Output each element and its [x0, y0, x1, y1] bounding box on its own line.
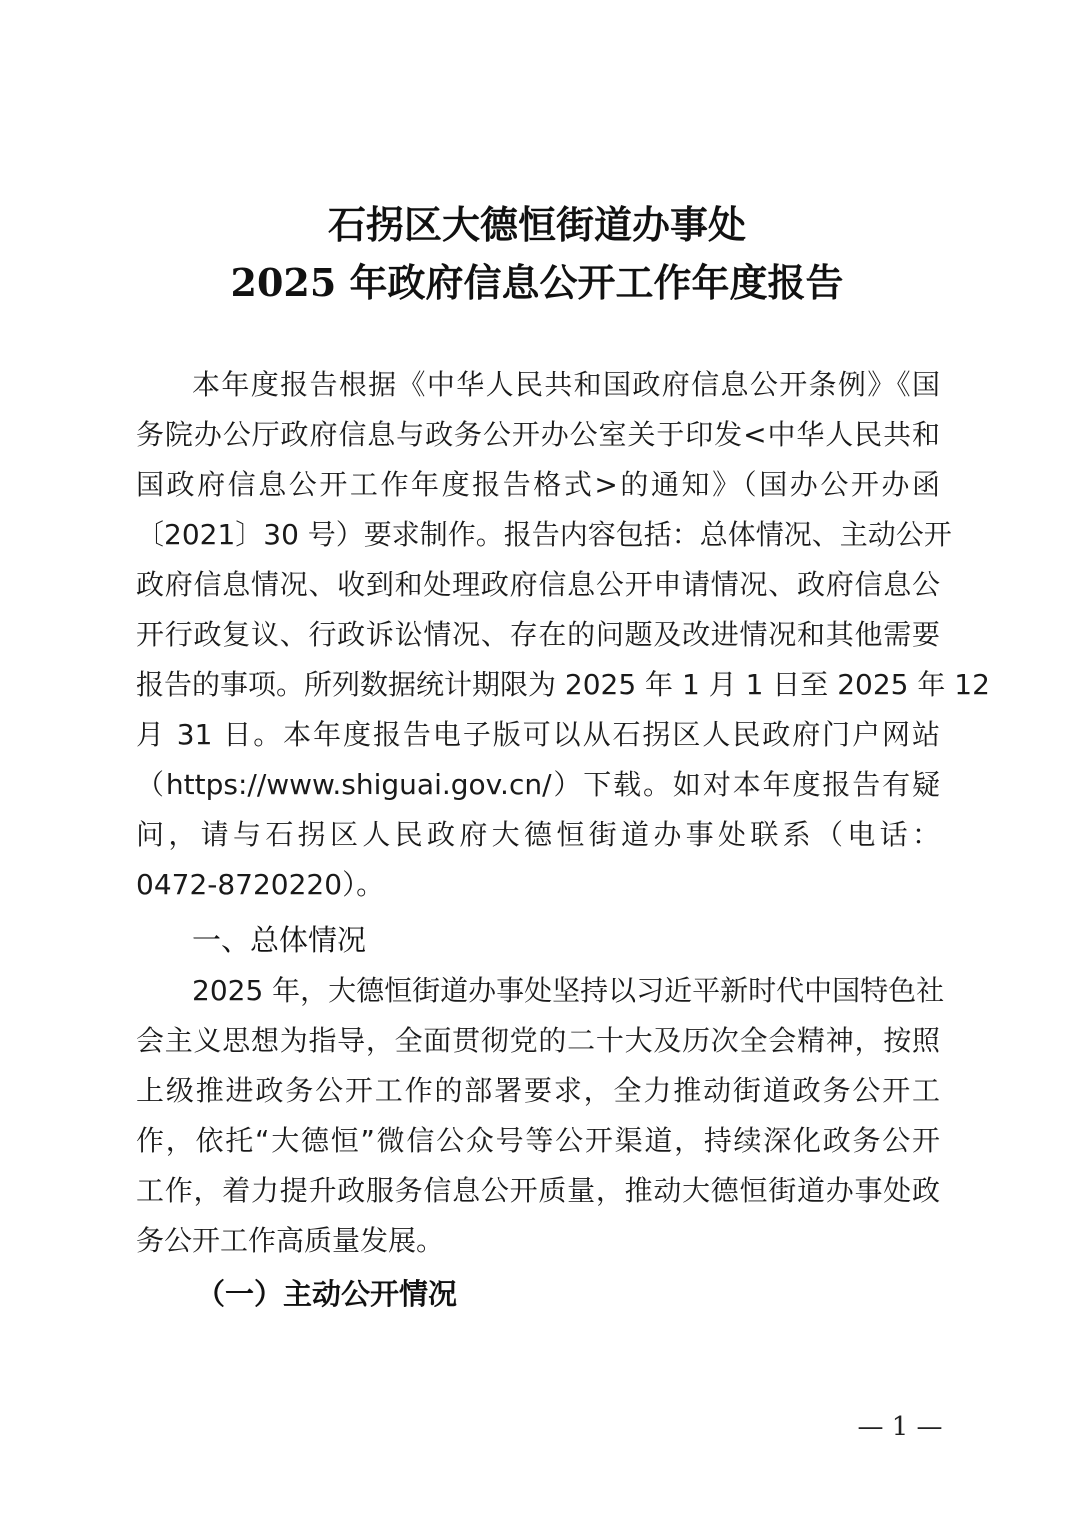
paragraph-line: 月 31 日。本年度报告电子版可以从石拐区人民政府门户网站 — [136, 710, 940, 760]
paragraph-line: 本年度报告根据《中华人民共和国政府信息公开条例》《国 — [136, 360, 940, 410]
section-heading-overview-wrap: 一、总体情况 — [136, 914, 940, 966]
paragraph-line: 问，请与石拐区人民政府大德恒街道办事处联系（电话： — [136, 810, 940, 860]
paragraph-line: 作，依托“大德恒”微信公众号等公开渠道，持续深化政务公开 — [136, 1116, 940, 1166]
intro-paragraph: 本年度报告根据《中华人民共和国政府信息公开条例》《国 务院办公厅政府信息与政务公… — [136, 360, 940, 910]
paragraph-line: 政府信息情况、收到和处理政府信息公开申请情况、政府信息公 — [136, 560, 940, 610]
paragraph-line: （https://www.shiguai.gov.cn/）下载。如对本年度报告有… — [136, 760, 940, 810]
paragraph-line: 上级推进政务公开工作的部署要求，全力推动街道政务公开工 — [136, 1066, 940, 1116]
subsection-heading-wrap: （一）主动公开情况 — [136, 1268, 940, 1320]
paragraph-line: 国政府信息公开工作年度报告格式>的通知》（国办公开办函 — [136, 460, 940, 510]
document-page: 石拐区大德恒街道办事处 2025 年政府信息公开工作年度报告 本年度报告根据《中… — [0, 0, 1074, 1520]
paragraph-line: 〔2021〕30 号）要求制作。报告内容包括：总体情况、主动公开 — [136, 510, 940, 560]
paragraph-line: 会主义思想为指导，全面贯彻党的二十大及历次全会精神，按照 — [136, 1016, 940, 1066]
paragraph-line: 0472-8720220）。 — [136, 860, 940, 910]
paragraph-line: 开行政复议、行政诉讼情况、存在的问题及改进情况和其他需要 — [136, 610, 940, 660]
paragraph-line: 2025 年，大德恒街道办事处坚持以习近平新时代中国特色社 — [136, 966, 940, 1016]
paragraph-line: 务公开工作高质量发展。 — [136, 1216, 940, 1266]
section-heading-overview: 一、总体情况 — [136, 914, 940, 966]
document-title-line-1: 石拐区大德恒街道办事处 — [0, 194, 1074, 249]
page-number: — 1 — — [850, 1412, 950, 1442]
paragraph-line: 务院办公厅政府信息与政务公开办公室关于印发<中华人民共和 — [136, 410, 940, 460]
overview-paragraph: 2025 年，大德恒街道办事处坚持以习近平新时代中国特色社 会主义思想为指导，全… — [136, 966, 940, 1266]
paragraph-line: 工作，着力提升政服务信息公开质量，推动大德恒街道办事处政 — [136, 1166, 940, 1216]
paragraph-line: 报告的事项。所列数据统计期限为 2025 年 1 月 1 日至 2025 年 1… — [136, 660, 940, 710]
subsection-heading-active-disclosure: （一）主动公开情况 — [136, 1268, 940, 1320]
document-title-line-2: 2025 年政府信息公开工作年度报告 — [0, 252, 1074, 307]
